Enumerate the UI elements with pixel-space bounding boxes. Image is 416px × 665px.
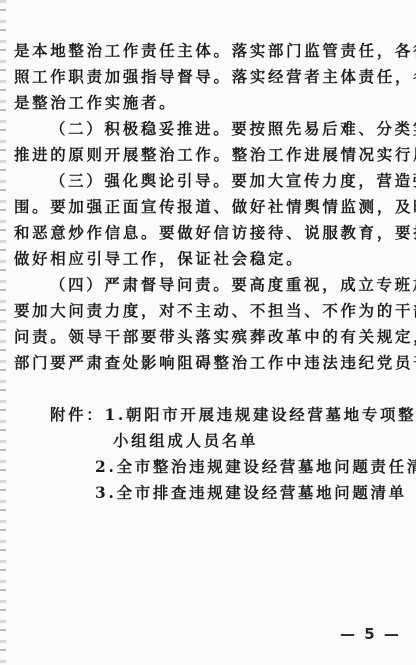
text-line: 是本地整治工作责任主体。落实部门监管责任，各行业部门按 (14, 38, 402, 64)
attachments-list: 附件：1.朝阳市开展违规建设经营墓地专项整治行动领导 小组组成人员名单 2.全市… (14, 402, 402, 506)
text-line: 要加大问责力度，对不主动、不担当、不作为的干部进行约谈 (14, 298, 402, 324)
page-number: — 5 — (340, 625, 401, 643)
document-page: 是本地整治工作责任主体。落实部门监管责任，各行业部门按 照工作职责加强指导督导。… (14, 38, 402, 506)
attachment-item-1: 附件：1.朝阳市开展违规建设经营墓地专项整治行动领导 (14, 402, 402, 428)
attachment-item-2: 2.全市整治违规建设经营墓地问题责任清单 (14, 454, 402, 480)
text-line: 问责。领导干部要带头落实殡葬改革中的有关规定，纪检监察 (14, 324, 402, 350)
attachments-label: 附件： (50, 406, 104, 424)
scan-edge-artifact (0, 0, 6, 665)
spacer (14, 376, 402, 402)
paragraph-steady-progress: （二）积极稳妥推进。要按照先易后难、分类实施、分步 推进的原则开展整治工作。整治… (14, 116, 402, 168)
text-line: 围。要加强正面宣传报道、做好社情舆情监测，及时澄清不实 (14, 194, 402, 220)
attachment-title: 1.朝阳市开展违规建设经营墓地专项整治行动领导 (104, 406, 416, 424)
text-line: （三）强化舆论引导。要加大宣传力度，营造强大舆论氛 (14, 168, 402, 194)
text-line: 照工作职责加强指导督导。落实经营者主体责任，各经营单位 (14, 64, 402, 90)
text-line: 部门要严肃查处影响阻碍整治工作中违法违纪党员干部。 (14, 350, 402, 376)
paragraph-responsibility: 是本地整治工作责任主体。落实部门监管责任，各行业部门按 照工作职责加强指导督导。… (14, 38, 402, 116)
paragraph-accountability: （四）严肃督导问责。要高度重视，成立专班加以推进。 要加大问责力度，对不主动、不… (14, 272, 402, 376)
attachment-item-3: 3.全市排查违规建设经营墓地问题清单 (14, 480, 402, 506)
text-line: 和恶意炒作信息。要做好信访接待、说服教育，要按职责分别 (14, 220, 402, 246)
text-line: 做好相应引导工作，保证社会稳定。 (14, 246, 402, 272)
text-line: 推进的原则开展整治工作。整治工作进展情况实行周报送制度。 (14, 142, 402, 168)
attachment-item-1-cont: 小组组成人员名单 (14, 428, 402, 454)
text-line: （四）严肃督导问责。要高度重视，成立专班加以推进。 (14, 272, 402, 298)
text-line: 是整治工作实施者。 (14, 90, 402, 116)
paragraph-public-opinion: （三）强化舆论引导。要加大宣传力度，营造强大舆论氛 围。要加强正面宣传报道、做好… (14, 168, 402, 272)
text-line: （二）积极稳妥推进。要按照先易后难、分类实施、分步 (14, 116, 402, 142)
